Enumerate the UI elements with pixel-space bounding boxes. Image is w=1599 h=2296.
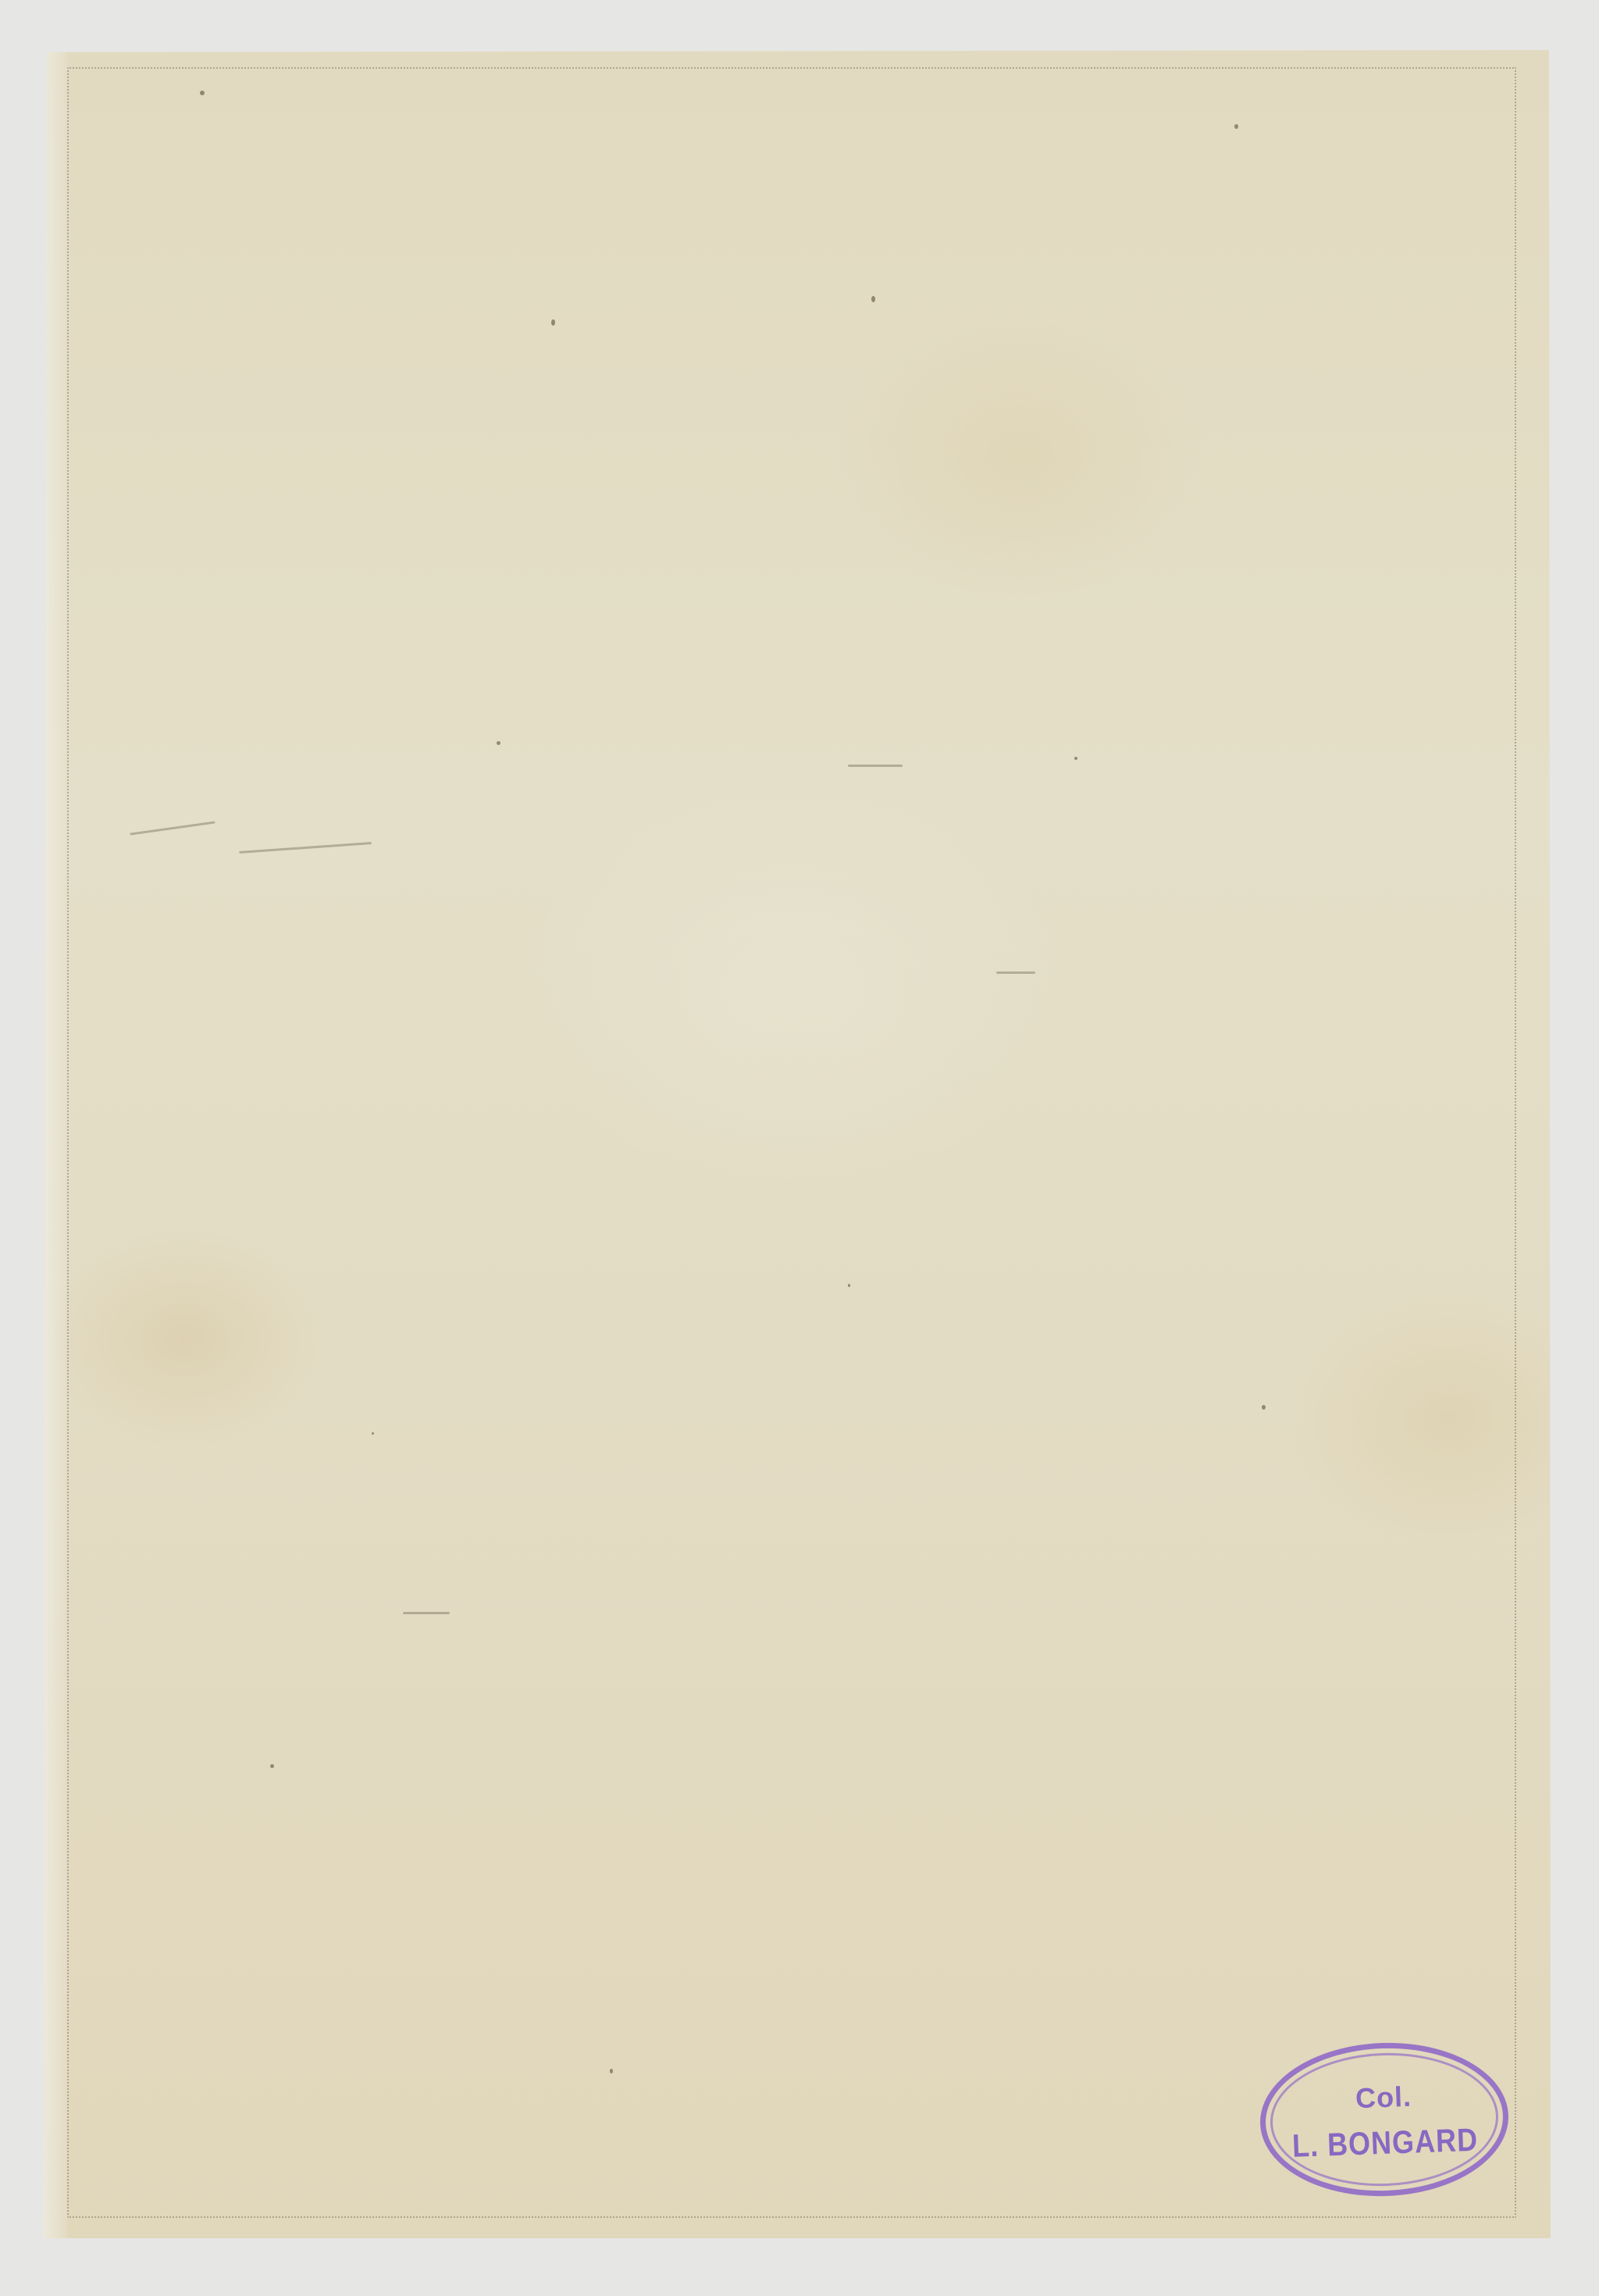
foxing-speck (610, 2069, 613, 2073)
stamp-line-col: Col. (1264, 2077, 1502, 2119)
plate-mark-border (67, 67, 1516, 2218)
foxing-speck (1074, 757, 1077, 760)
foxing-speck (848, 1284, 850, 1287)
foxing-speck (497, 741, 500, 745)
foxing-speck (1234, 124, 1238, 129)
foxing-speck (551, 319, 555, 326)
show-through-mark (996, 972, 1035, 974)
foxing-speck (871, 296, 875, 302)
mount-strip (44, 50, 67, 2238)
stamp-line-name: L. BONGARD (1266, 2120, 1505, 2166)
paper-sheet (44, 50, 1551, 2238)
foxing-speck (1262, 1405, 1266, 1410)
foxing-speck (372, 1432, 374, 1435)
foxing-speck (270, 1764, 274, 1768)
show-through-mark (403, 1612, 450, 1614)
foxing-speck (200, 91, 205, 95)
show-through-mark (848, 765, 903, 767)
